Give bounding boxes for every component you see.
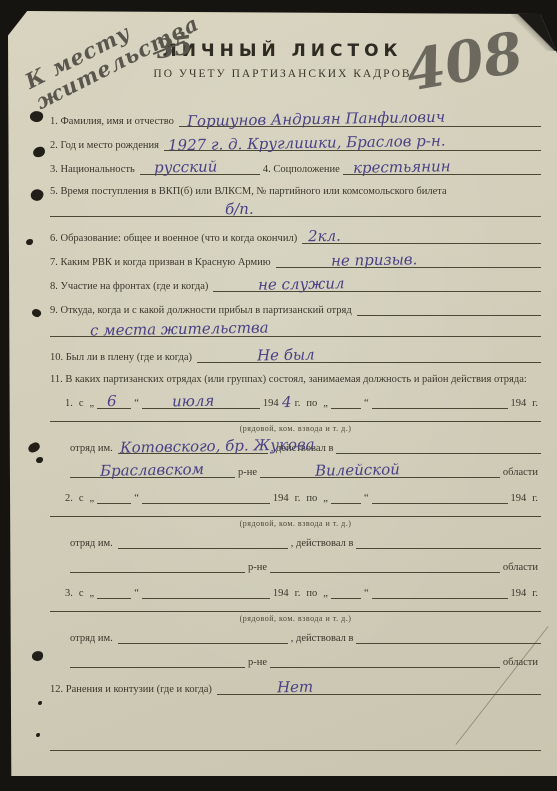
label-s: с (76, 493, 87, 504)
service-2-otryad: отряд им. , действовал в (70, 535, 541, 549)
acted-label: , действовал в (288, 538, 357, 549)
field-6-value: 2кл. (308, 227, 341, 246)
field-12-label: 12. Ранения и контузии (где и когда) (50, 684, 217, 695)
form-body: 1. Фамилия, имя и отчество Горшунов Андр… (50, 103, 541, 751)
field-row-7: 7. Каким РВК и когда призван в Красную А… (50, 254, 541, 268)
service-3-otryad: отряд им. , действовал в (70, 630, 541, 644)
blank-row (50, 737, 541, 751)
year-prefix: 194 (508, 588, 530, 599)
rne-label: р-не (245, 657, 270, 668)
rank-rule (50, 611, 541, 613)
field-row-8: 8. Участие на фронтах (где и когда) не с… (50, 278, 541, 292)
field-5-value: б/п. (225, 200, 254, 218)
to-day-underline (331, 490, 361, 504)
year-prefix: 194 (270, 588, 292, 599)
from-month-value: июля (172, 392, 215, 411)
year-word: г. (292, 493, 304, 504)
field-1-label: 1. Фамилия, имя и отчество (50, 116, 179, 127)
quote-open: „ (87, 398, 98, 409)
punch-hole (27, 441, 41, 454)
punch-hole (38, 701, 42, 705)
field-row-11: 11. В каких партизанских отрядах (или гр… (50, 373, 541, 387)
field-12-value: Нет (277, 678, 313, 697)
year-word: г. (529, 588, 541, 599)
year-word: г. (529, 493, 541, 504)
field-9-underline-b: с места жительства (50, 323, 541, 337)
oblast-label: области (500, 562, 541, 573)
quote-open: „ (320, 588, 331, 599)
field-6-underline: 2кл. (302, 230, 541, 244)
otryad-value: Котовского, бр. Жукова (120, 435, 315, 456)
region-underline: Вилейской (260, 464, 500, 478)
archive-number: 408 (401, 19, 528, 104)
label-po: по (303, 398, 320, 409)
from-month-underline (142, 585, 270, 599)
field-2-label: 2. Год и место рождения (50, 140, 164, 151)
district-underline: Браславском (70, 464, 235, 478)
field-12-underline: Нет (217, 681, 541, 695)
field-1-value: Горшунов Андриян Панфилович (187, 108, 445, 131)
field-7-label: 7. Каким РВК и когда призван в Красную А… (50, 257, 276, 268)
service-2-district: р-не области (70, 559, 541, 573)
punch-hole (36, 457, 43, 463)
field-5-underline: б/п. (50, 203, 541, 217)
district-underline (70, 654, 245, 668)
year-word: г. (292, 398, 304, 409)
rne-label: р-не (245, 562, 270, 573)
otryad-underline: Котовского, бр. Жукова (118, 440, 268, 454)
service-1-dates: 1. с „ 6 “ июля 194 4 г. по „ “ 194 г. (62, 395, 541, 409)
scanned-page-background: { "annotations": { "corner_note_line1": … (0, 0, 557, 791)
field-2-value: 1927 г. д. Круглишки, Браслов р-н. (168, 132, 446, 155)
from-month-underline (142, 490, 270, 504)
service-1-district: Браславском р-не Вилейской области (70, 464, 541, 478)
region-value: Вилейской (315, 460, 400, 479)
field-3-underline: русский (140, 161, 260, 175)
year-word: г. (292, 588, 304, 599)
field-row-12: 12. Ранения и контузии (где и когда) Нет (50, 681, 541, 695)
field-10-value: Не был (257, 345, 315, 364)
field-row-2: 2. Год и место рождения 1927 г. д. Кругл… (50, 137, 541, 151)
field-row-3-4: 3. Национальность русский 4. Соцположени… (50, 161, 541, 175)
punch-hole (36, 733, 40, 737)
quote-open: „ (320, 493, 331, 504)
oblast-label: области (500, 467, 541, 478)
quote-open: „ (320, 398, 331, 409)
field-3-label: 3. Национальность (50, 164, 140, 175)
quote-close: “ (131, 398, 142, 409)
rank-hint: (рядовой, ком. взвода и т. д.) (50, 614, 541, 623)
punch-hole (31, 650, 44, 662)
field-5-label: 5. Время поступления в ВКП(б) или ВЛКСМ,… (50, 186, 447, 197)
service-3-district: р-не области (70, 654, 541, 668)
field-3-value: русский (154, 157, 218, 176)
to-month-underline (372, 395, 508, 409)
from-month-underline: июля (142, 395, 260, 409)
from-day-underline (97, 490, 131, 504)
quote-close: “ (361, 493, 372, 504)
year-word: г. (529, 398, 541, 409)
field-1-underline: Горшунов Андриян Панфилович (179, 113, 541, 127)
field-4-label: 4. Соцположение (260, 164, 343, 175)
rank-rule (50, 516, 541, 518)
field-row-1: 1. Фамилия, имя и отчество Горшунов Андр… (50, 113, 541, 127)
field-8-value: не служил (258, 274, 345, 294)
otryad-label: отряд им. (70, 443, 118, 454)
acted-underline (356, 630, 541, 644)
field-row-9: 9. Откуда, когда и с какой должности при… (50, 302, 541, 316)
field-row-10: 10. Был ли в плену (где и когда) Не был (50, 349, 541, 363)
otryad-label: отряд им. (70, 538, 118, 549)
punch-hole (30, 307, 42, 319)
from-day-underline: 6 (97, 395, 131, 409)
punch-hole (32, 146, 46, 158)
quote-close: “ (361, 398, 372, 409)
row-number: 3. (62, 588, 76, 599)
label-s: с (76, 398, 87, 409)
field-8-underline: не служил (213, 278, 541, 292)
field-row-5b: б/п. (50, 203, 541, 217)
field-7-underline: не призыв. (276, 254, 541, 268)
acted-label: , действовал в (288, 633, 357, 644)
quote-close: “ (131, 588, 142, 599)
district-value: Браславском (100, 460, 204, 480)
rne-label: р-не (235, 467, 260, 478)
to-day-underline (331, 585, 361, 599)
quote-close: “ (361, 588, 372, 599)
crossed-page-number: 35 (154, 31, 194, 66)
year-prefix: 194 (260, 398, 282, 409)
quote-open: „ (87, 588, 98, 599)
field-9-value: с места жительства (90, 318, 269, 339)
service-3-dates: 3. с „ “ 194 г. по „ “ 194 г. (62, 585, 541, 599)
field-row-5: 5. Время поступления в ВКП(б) или ВЛКСМ,… (50, 186, 541, 197)
rank-hint: (рядовой, ком. взвода и т. д.) (50, 424, 541, 433)
punch-hole (26, 239, 33, 245)
region-underline (270, 654, 500, 668)
label-po: по (303, 588, 320, 599)
year-prefix: 194 (508, 493, 530, 504)
field-10-underline: Не был (197, 349, 541, 363)
from-year-hw: 4 (281, 393, 291, 411)
field-10-label: 10. Был ли в плену (где и когда) (50, 352, 197, 363)
label-s: с (76, 588, 87, 599)
to-day-underline (331, 395, 361, 409)
field-2-underline: 1927 г. д. Круглишки, Браслов р-н. (164, 137, 541, 151)
acted-underline (336, 440, 541, 454)
to-month-underline (372, 585, 508, 599)
field-row-6: 6. Образование: общее и военное (что и к… (50, 230, 541, 244)
field-4-underline: крестьянин (343, 161, 541, 175)
district-underline (70, 559, 245, 573)
otryad-underline (118, 630, 288, 644)
otryad-label: отряд им. (70, 633, 118, 644)
oblast-label: области (500, 657, 541, 668)
field-9-label: 9. Откуда, когда и с какой должности при… (50, 305, 357, 316)
to-month-underline (372, 490, 508, 504)
field-11-label: 11. В каких партизанских отрядах (или гр… (50, 374, 527, 385)
quote-close: “ (131, 493, 142, 504)
field-row-9b: с места жительства (50, 323, 541, 337)
from-year-hw-slot: 4 (282, 396, 292, 409)
field-7-value: не призыв. (330, 250, 417, 270)
rank-hint: (рядовой, ком. взвода и т. д.) (50, 519, 541, 528)
rank-rule (50, 421, 541, 423)
field-8-label: 8. Участие на фронтах (где и когда) (50, 281, 213, 292)
document-paper: К месту жительства 35 408 ЛИЧНЫЙ ЛИСТОК … (8, 11, 557, 776)
from-day-underline (97, 585, 131, 599)
field-6-label: 6. Образование: общее и военное (что и к… (50, 233, 302, 244)
label-po: по (303, 493, 320, 504)
from-day-value: 6 (107, 392, 117, 410)
blank-underline (50, 737, 541, 751)
service-2-dates: 2. с „ “ 194 г. по „ “ 194 г. (62, 490, 541, 504)
otryad-underline (118, 535, 288, 549)
row-number: 2. (62, 493, 76, 504)
punch-hole (29, 187, 45, 203)
field-9-underline-a (357, 302, 541, 316)
acted-underline (356, 535, 541, 549)
quote-open: „ (87, 493, 98, 504)
year-prefix: 194 (270, 493, 292, 504)
region-underline (270, 559, 500, 573)
row-number: 1. (62, 398, 76, 409)
year-prefix: 194 (508, 398, 530, 409)
field-4-value: крестьянин (353, 157, 451, 177)
service-1-otryad: отряд им. Котовского, бр. Жукова , дейст… (70, 440, 541, 454)
